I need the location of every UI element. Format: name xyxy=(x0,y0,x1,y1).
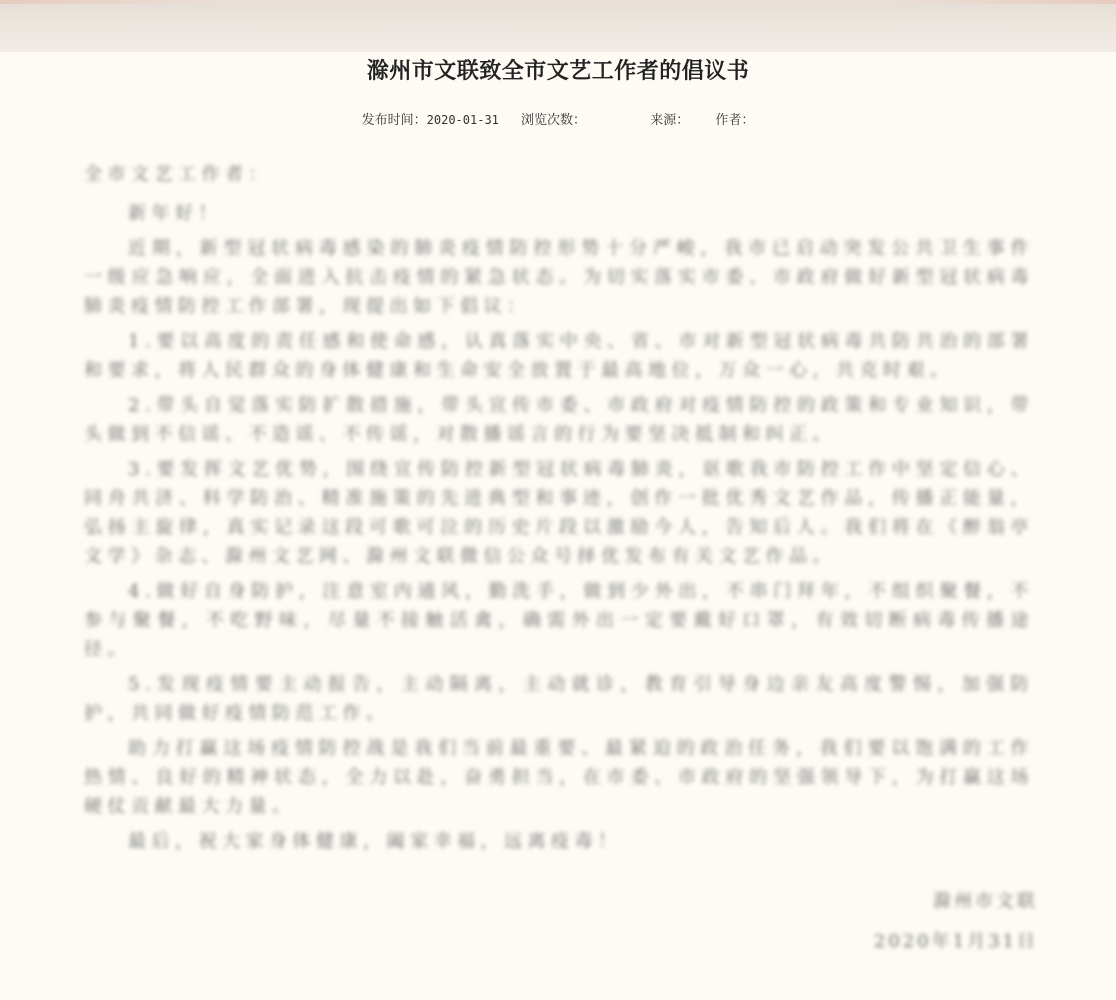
view-count-label: 浏览次数： xyxy=(521,109,586,128)
signature-date: 2020年1月31日 xyxy=(874,928,1038,968)
author-label: 作者： xyxy=(715,109,754,128)
salutation: 全市文艺工作者： xyxy=(84,160,1034,189)
signature-organization: 滁州市文联 xyxy=(874,888,1038,928)
paragraph-item-5: 5.发现疫情要主动报告，主动隔离，主动就诊，教育引导身边亲友高度警惕，加强防护，… xyxy=(84,670,1034,728)
paragraph-item-4: 4.做好自身防护，注意室内通风，勤洗手，做到少外出，不串门拜年，不组织聚餐，不参… xyxy=(84,577,1034,664)
article-title: 滁州市文联致全市文艺工作者的倡议书 xyxy=(0,54,1116,85)
publish-time-label: 发布时间： xyxy=(362,109,427,128)
paragraph-intro: 近期，新型冠状病毒感染的肺炎疫情防控形势十分严峻，我市已启动突发公共卫生事件一级… xyxy=(84,234,1034,321)
paragraph-call-to-action: 助力打赢这场疫情防控战是我们当前最重要、最紧迫的政治任务，我们要以饱满的工作热情… xyxy=(84,734,1034,821)
article-page: 滁州市文联致全市文艺工作者的倡议书 发布时间：2020-01-31 浏览次数： … xyxy=(0,52,1116,1000)
article-body: 全市文艺工作者： 新年好！ 近期，新型冠状病毒感染的肺炎疫情防控形势十分严峻，我… xyxy=(84,160,1034,862)
publish-date: 2020-01-31 xyxy=(427,113,499,127)
signature-block: 滁州市文联 2020年1月31日 xyxy=(874,888,1038,968)
paragraph-greeting: 新年好！ xyxy=(84,199,1034,228)
page-header-band xyxy=(0,0,1116,52)
paragraph-item-1: 1.要以高度的责任感和使命感，认真落实中央、省、市对新型冠状病毒共防共治的部署和… xyxy=(84,327,1034,385)
article-meta: 发布时间：2020-01-31 浏览次数： 来源： 作者： xyxy=(0,109,1116,128)
paragraph-item-2: 2.带头自觉落实防扩散措施，带头宣传市委、市政府对疫情防控的政策和专业知识，带头… xyxy=(84,391,1034,449)
paragraph-item-3: 3.要发挥文艺优势，围绕宣传防控新型冠状病毒肺炎，讴歌我市防控工作中坚定信心、同… xyxy=(84,455,1034,571)
paragraph-closing: 最后，祝大家身体健康，阖家幸福，远离疫毒！ xyxy=(84,827,1034,856)
source-label: 来源： xyxy=(650,109,689,128)
